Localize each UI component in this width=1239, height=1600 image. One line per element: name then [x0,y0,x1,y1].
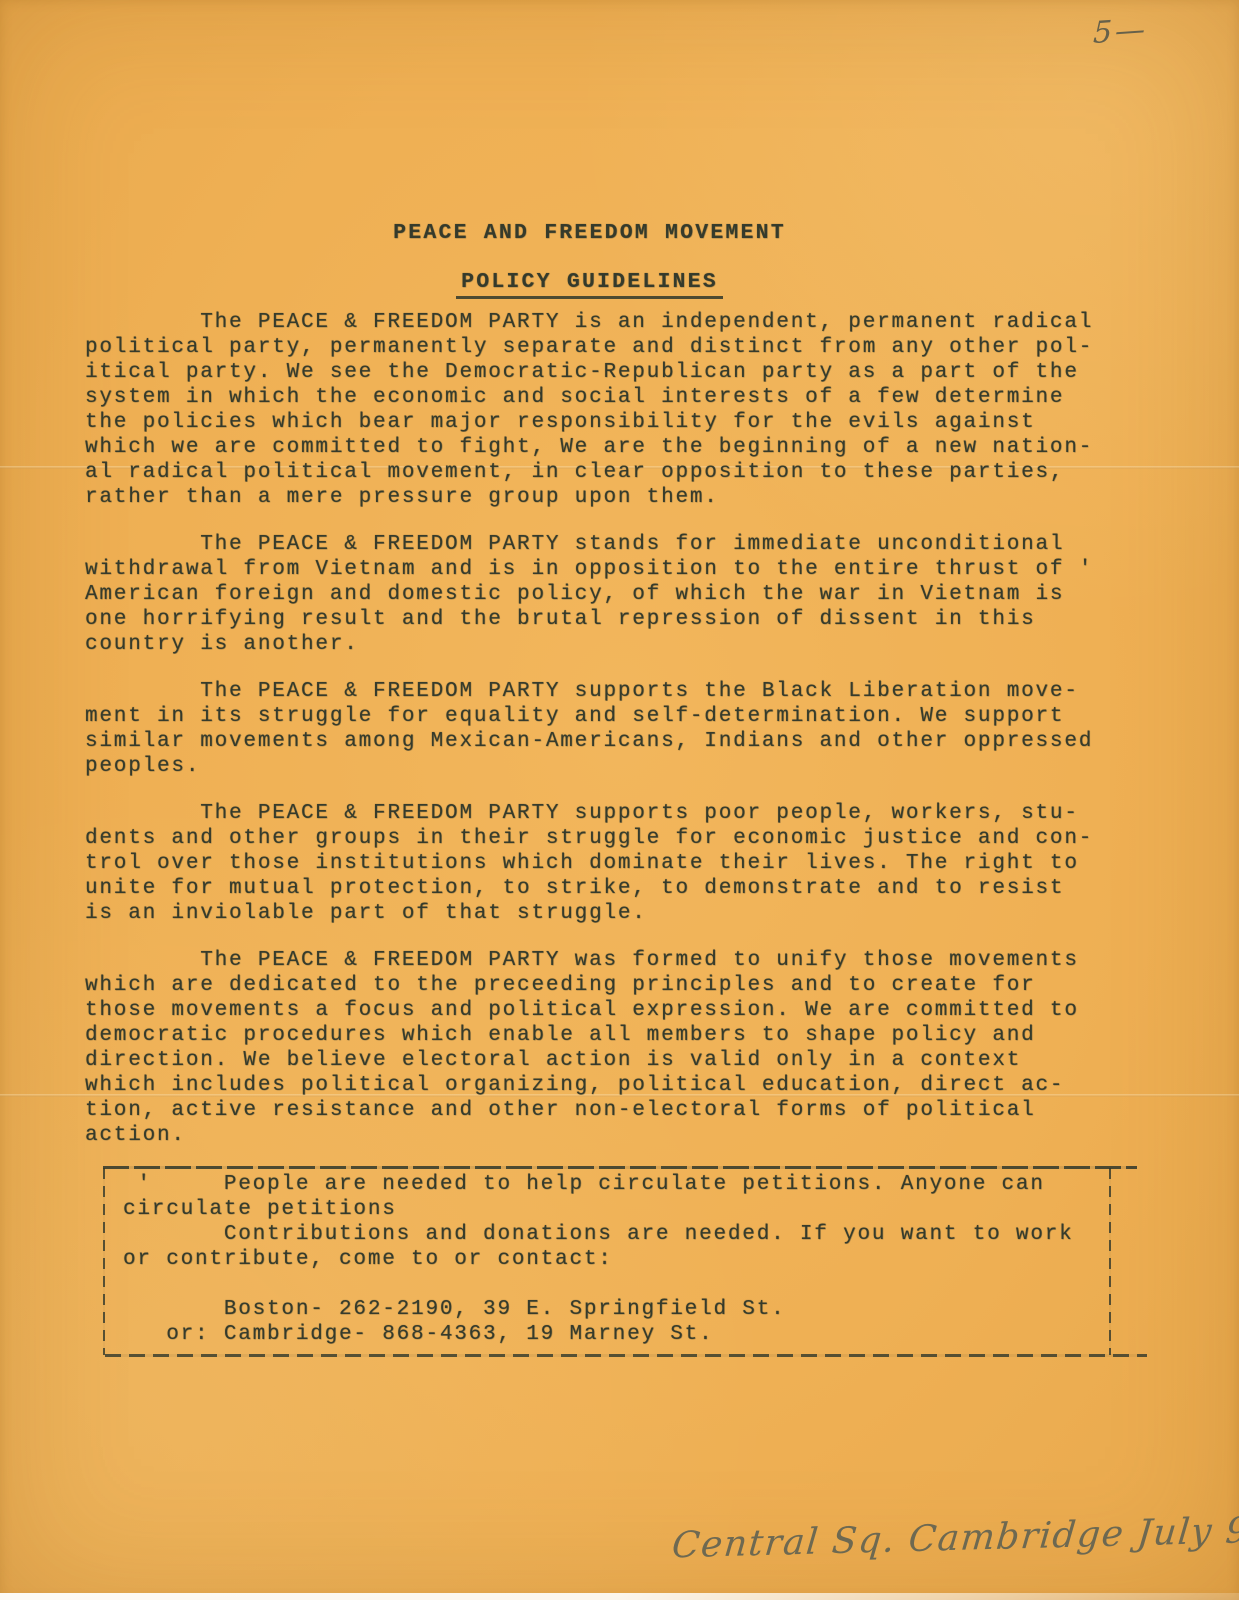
text-line: American foreign and domestic policy, of… [85,582,1170,607]
document-subtitle: POLICY GUIDELINES [0,270,1209,299]
text-line: or: Cambridge- 868-4363, 19 Marney St. [123,1322,1103,1347]
text-line: The PEACE & FREEDOM PARTY supports poor … [85,801,1170,826]
text-line: Contributions and donations are needed. … [123,1222,1103,1247]
text-line: system in which the economic and social … [85,385,1170,410]
text-line: peoples. [85,754,1170,779]
document-title: PEACE AND FREEDOM MOVEMENT [0,221,1209,245]
text-line: direction. We believe electoral action i… [85,1048,1170,1073]
document-body: The PEACE & FREEDOM PARTY is an independ… [85,310,1170,1357]
text-line: action. [85,1123,1170,1148]
text-line: is an inviolable part of that struggle. [85,901,1170,926]
notice-box-border-right [1109,1168,1111,1355]
paragraph: The PEACE & FREEDOM PARTY stands for imm… [85,532,1170,657]
notice-box-border-left [103,1168,105,1355]
text-line: ment in its struggle for equality and se… [85,704,1170,729]
text-line: dents and other groups in their struggle… [85,826,1170,851]
text-line: country is another. [85,632,1170,657]
text-line: The PEACE & FREEDOM PARTY stands for imm… [85,532,1170,557]
text-line: al radical political movement, in clear … [85,460,1170,485]
text-line [123,1272,1103,1297]
text-line: political party, permanently separate an… [85,335,1170,360]
text-line: similar movements among Mexican-American… [85,729,1170,754]
text-line: trol over those institutions which domin… [85,851,1170,876]
notice-box: ' People are needed to help circulate pe… [103,1166,1111,1357]
text-line: The PEACE & FREEDOM PARTY supports the B… [85,679,1170,704]
handwritten-note: Central Sq. Cambridge July 9/'68 [670,1511,1234,1567]
text-line: Boston- 262-2190, 39 E. Springfield St. [123,1297,1103,1322]
text-line: those movements a focus and political ex… [85,998,1170,1023]
text-line: which includes political organizing, pol… [85,1073,1170,1098]
text-line: unite for mutual protection, to strike, … [85,876,1170,901]
document-page: 5— PEACE AND FREEDOM MOVEMENT POLICY GUI… [0,0,1239,1600]
paper-bottom-edge [0,1593,1239,1600]
text-line: or contribute, come to or contact: [123,1247,1103,1272]
subtitle-text: POLICY GUIDELINES [456,270,723,299]
text-line: the policies which bear major responsibi… [85,410,1170,435]
paragraph: The PEACE & FREEDOM PARTY was formed to … [85,948,1170,1148]
text-line: democratic procedures which enable all m… [85,1023,1170,1048]
notice-box-border-bottom [105,1354,1147,1357]
text-line: one horrifying result and the brutal rep… [85,607,1170,632]
text-line: ' People are needed to help circulate pe… [123,1172,1103,1197]
text-line: itical party. We see the Democratic-Repu… [85,360,1170,385]
text-line: The PEACE & FREEDOM PARTY is an independ… [85,310,1170,335]
text-line: tion, active resistance and other non-el… [85,1098,1170,1123]
paragraph: The PEACE & FREEDOM PARTY supports the B… [85,679,1170,779]
handwritten-page-number: 5— [1092,12,1148,51]
text-line: rather than a mere pressure group upon t… [85,485,1170,510]
paragraph: The PEACE & FREEDOM PARTY supports poor … [85,801,1170,926]
text-line: which are dedicated to the preceeding pr… [85,973,1170,998]
text-line: which we are committed to fight, We are … [85,435,1170,460]
notice-box-border-top [103,1166,1137,1169]
paragraph: The PEACE & FREEDOM PARTY is an independ… [85,310,1170,510]
text-line: circulate petitions [123,1197,1103,1222]
text-line: withdrawal from Vietnam and is in opposi… [85,557,1170,582]
text-line: The PEACE & FREEDOM PARTY was formed to … [85,948,1170,973]
